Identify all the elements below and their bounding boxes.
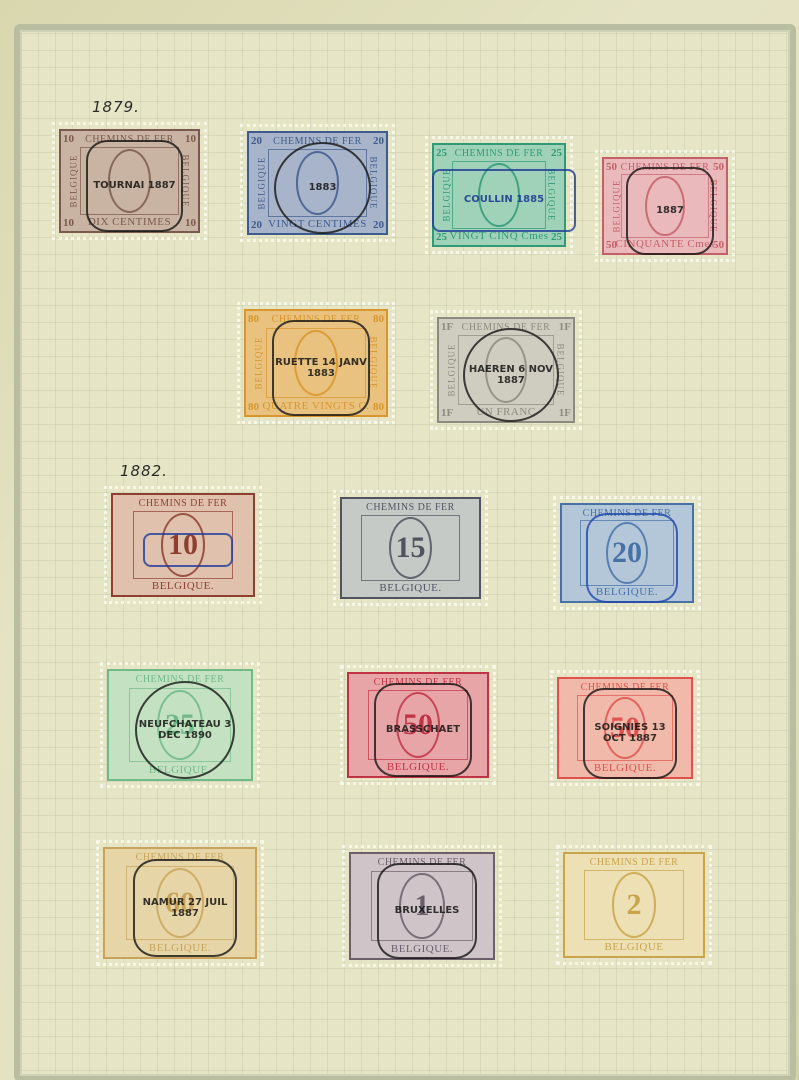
stamp-corner-value: 1F (559, 321, 571, 333)
stamp-corner-value: 80 (373, 313, 384, 325)
postmark-cancel: SOIGNIES 13 OCT 1887 (583, 688, 677, 779)
stamp-20: CHEMINS DE FERBELGIQUE.20 (553, 496, 701, 610)
postmark-cancel: RUETTE 14 JANV 1883 (272, 320, 371, 416)
stamp-corner-value: 10 (63, 133, 74, 145)
stamp-top-text: CHEMINS DE FER (565, 857, 703, 868)
stamp-10: CHEMINS DE FERDIX CENTIMES10101010BELGIQ… (52, 122, 207, 240)
stamp-corner-value: 80 (248, 313, 259, 325)
stamp-top-text: CHEMINS DE FER (342, 502, 479, 513)
postmark-cancel (143, 533, 234, 567)
year-label-1879: 1879. (92, 98, 140, 116)
stamp-10: CHEMINS DE FERBELGIQUE.10 (104, 486, 262, 604)
stamp-side-text: BELGIQUE (254, 337, 264, 390)
stamp-side-text: BELGIQUE (257, 157, 267, 210)
stamp-50: CHEMINS DE FERBELGIQUE.50BRASSCHAET (340, 665, 496, 785)
stamp-corner-value: 25 (551, 231, 562, 243)
postmark-cancel: COULLIN 1885 (432, 169, 577, 232)
stamp-bottom-text: BELGIQUE (565, 941, 703, 953)
stamp-corner-value: 10 (63, 217, 74, 229)
stamp-20: CHEMINS DE FERVINGT CENTIMES20202020BELG… (240, 124, 395, 242)
postmark-cancel: TOURNAI 1887 (86, 140, 183, 233)
stamp-corner-value: 1F (441, 321, 453, 333)
stamp-corner-value: 20 (373, 219, 384, 231)
stamp-top-text: CHEMINS DE FER (113, 498, 253, 509)
stamp-25: CHEMINS DE FERVINGT CINQ Cmes25252525BEL… (425, 136, 573, 254)
stamp-2: CHEMINS DE FERBELGIQUE2 (556, 845, 712, 965)
stamp-corner-value: 25 (436, 147, 447, 159)
stamp-15: CHEMINS DE FERBELGIQUE.15 (333, 490, 488, 606)
year-label-1882: 1882. (120, 462, 168, 480)
stamp-corner-value: 50 (606, 239, 617, 251)
postmark-cancel: 1883 (274, 142, 371, 235)
stamp-1: CHEMINS DE FERBELGIQUE.1BRUXELLES (342, 845, 502, 967)
stamp-corner-value: 50 (606, 161, 617, 173)
stamp-denomination: 15 (342, 531, 479, 565)
postmark-cancel (586, 513, 679, 603)
stamp-corner-value: 80 (248, 401, 259, 413)
stamp-top-text: CHEMINS DE FER (434, 148, 564, 159)
postmark-cancel: HAEREN 6 NOV 1887 (463, 328, 558, 422)
postmark-cancel: BRASSCHAET (374, 683, 472, 777)
stamp-bottom-text: VINGT CINQ Cmes (434, 230, 564, 242)
stamp-corner-value: 20 (251, 219, 262, 231)
postmark-cancel: 1887 (626, 167, 714, 255)
stamp-corner-value: 10 (185, 133, 196, 145)
stamp-side-text: BELGIQUE (447, 344, 457, 397)
stamp-side-text: BELGIQUE (612, 180, 622, 233)
stamp-60: CHEMINS DE FERBELGIQUE.60NAMUR 27 JUIL 1… (96, 840, 264, 966)
stamp-25: CHEMINS DE FERBELGIQUE.25NEUFCHATEAU 3 D… (100, 662, 260, 788)
stamp-corner-value: 80 (373, 401, 384, 413)
stamp-corner-value: 25 (551, 147, 562, 159)
stamp-50: CHEMINS DE FERBELGIQUE.50SOIGNIES 13 OCT… (550, 670, 700, 786)
stamp-corner-value: 20 (251, 135, 262, 147)
postmark-cancel: NAMUR 27 JUIL 1887 (133, 859, 238, 958)
stamp-corner-value: 50 (713, 239, 724, 251)
stamp-bottom-text: BELGIQUE. (342, 582, 479, 594)
stamp-80: CHEMINS DE FERQUATRE VINGTS C.80808080BE… (237, 302, 395, 424)
stamp-denomination: 2 (565, 888, 703, 922)
stamp-corner-value: 50 (713, 161, 724, 173)
postmark-cancel: BRUXELLES (377, 863, 477, 959)
stamp-corner-value: 25 (436, 231, 447, 243)
postmark-cancel: NEUFCHATEAU 3 DEC 1890 (135, 681, 235, 780)
stamp-side-text: BELGIQUE (69, 155, 79, 208)
stamp-corner-value: 1F (441, 407, 453, 419)
stamp-corner-value: 20 (373, 135, 384, 147)
stamp-bottom-text: BELGIQUE. (113, 580, 253, 592)
stamp-1f: CHEMINS DE FERUN FRANC1F1F1F1FBELGIQUEBE… (430, 310, 582, 430)
stamp-50: CHEMINS DE FERCINQUANTE Cmes50505050BELG… (595, 150, 735, 262)
stamp-corner-value: 1F (559, 407, 571, 419)
stamp-corner-value: 10 (185, 217, 196, 229)
